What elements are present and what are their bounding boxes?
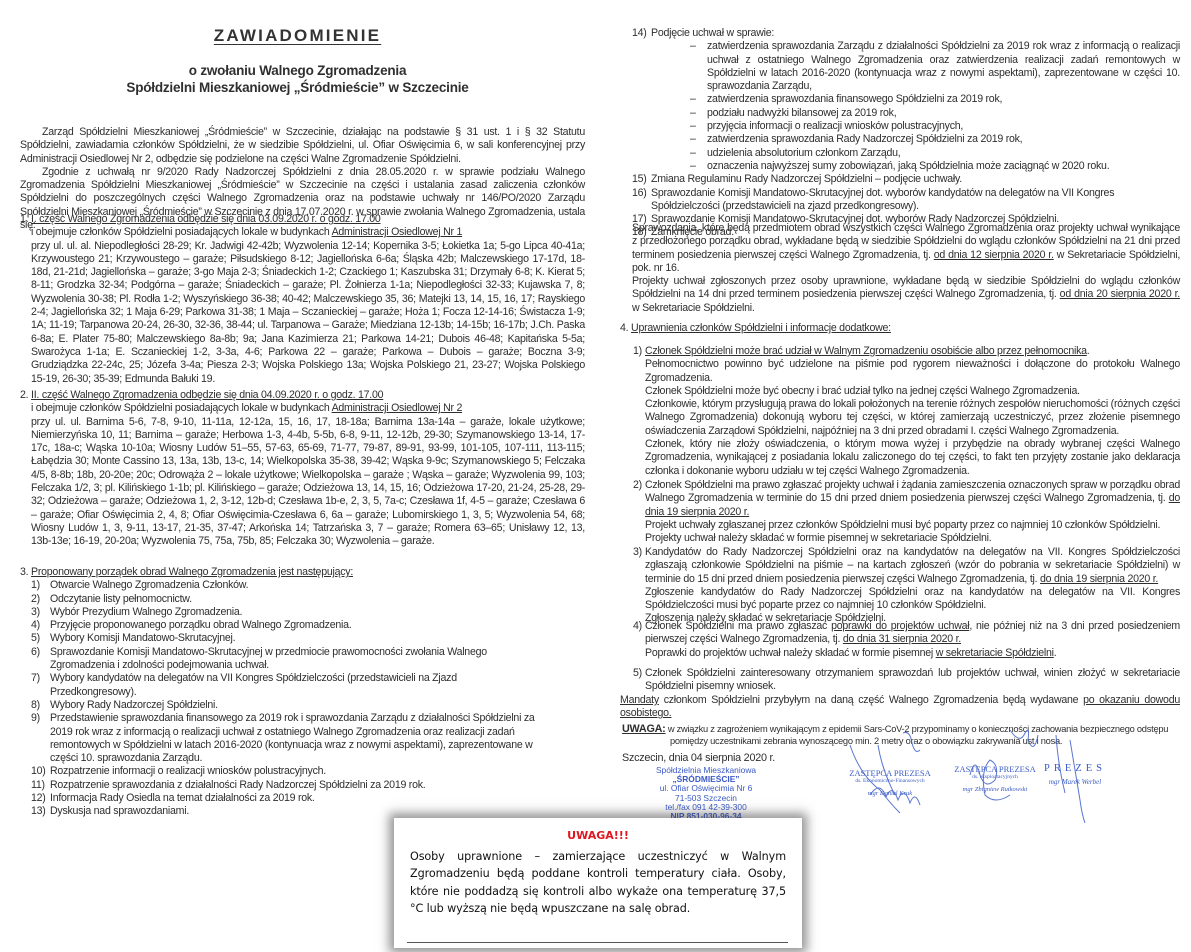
- section-3-number: 3.: [20, 566, 28, 578]
- resolution-item: –oznaczenia najwyższej sumy zobowiązań, …: [690, 160, 1180, 173]
- agenda-item: 1)Otwarcie Walnego Zgromadzenia Członków…: [31, 579, 585, 592]
- agenda-item: 4)Przyjęcie proponowanego porządku obrad…: [31, 619, 585, 632]
- subtitle-line-1: o zwołaniu Walnego Zgromadzenia: [0, 62, 595, 79]
- agenda-item: 16)Sprawozdanie Komisji Mandatowo-Skruta…: [632, 187, 1180, 214]
- dash-bullet-icon: –: [690, 133, 707, 146]
- reports-date-2: od dnia 20 sierpnia 2020 r.: [1060, 288, 1180, 300]
- notice-heading: UWAGA!!!: [394, 829, 802, 842]
- section-4-number: 4.: [620, 322, 628, 334]
- agenda-item: 9)Przedstawienie sprawozdania finansoweg…: [31, 712, 585, 765]
- section-2: 2. II. część Walnego Zgromadzenia odbędz…: [20, 389, 585, 549]
- dash-bullet-icon: –: [690, 160, 707, 173]
- reports-date-1: od dnia 12 sierpnia 2020 r.: [934, 249, 1054, 261]
- signature-vice-president-operations: ZASTĘPCA PREZESA ds. eksploatacyjnych mg…: [945, 764, 1045, 793]
- dash-bullet-icon: –: [690, 40, 707, 93]
- agenda-item: 6)Sprawozdanie Komisji Mandatowo-Skrutac…: [31, 646, 585, 673]
- resolution-item: –zatwierdzenia sprawozdania finansowego …: [690, 93, 1180, 106]
- agenda-item-14: 14) Podjęcie uchwał w sprawie:: [632, 27, 1180, 40]
- resolution-item: –podziału nadwyżki bilansowej za 2019 ro…: [690, 107, 1180, 120]
- agenda-item: 8)Wybory Rady Nadzorczej Spółdzielni.: [31, 699, 585, 712]
- dash-bullet-icon: –: [690, 107, 707, 120]
- notice-divider: [407, 942, 788, 943]
- section-3: 3. Proponowany porządek obrad Walnego Zg…: [20, 566, 585, 819]
- section-1-number: 1.: [20, 213, 28, 225]
- agenda-item: 3)Wybór Prezydium Walnego Zgromadzenia.: [31, 606, 585, 619]
- subtitle-line-2: Spółdzielni Mieszkaniowej „Śródmieście” …: [0, 79, 595, 96]
- resolution-item: –zatwierdzenia sprawozdania Rady Nadzorc…: [690, 133, 1180, 146]
- deadline-date: do dnia 31 sierpnia 2020 r.: [843, 633, 961, 645]
- section-2-admin: Administracji Osiedlowej Nr 2: [332, 402, 463, 414]
- agenda-item: 11)Rozpatrzenie sprawozdania z działalno…: [31, 779, 585, 792]
- section-1-streets: przy ul. ul. al. Niepodległości 28-29; K…: [31, 240, 585, 386]
- covid-notice: UWAGA: w związku z zagrożeniem wynikając…: [622, 723, 1180, 747]
- agenda-item: 5)Wybory Komisji Mandatowo-Skrutacyjnej.: [31, 632, 585, 645]
- rights-item-1: 1)Członek Spółdzielni może brać udział w…: [633, 345, 1180, 478]
- document-subtitle: o zwołaniu Walnego Zgromadzenia Spółdzie…: [0, 62, 595, 96]
- mandates-info: Mandaty członkom Spółdzielni przybyłym n…: [620, 694, 1180, 721]
- agenda-item: 2)Odczytanie listy pełnomocnictw.: [31, 593, 585, 606]
- rights-item-4: 4)Członek Spółdzielni ma prawo zgłaszać …: [633, 620, 1180, 660]
- dash-bullet-icon: –: [690, 93, 707, 106]
- agenda-item: 13)Dyskusja nad sprawozdaniami.: [31, 805, 585, 818]
- section-2-scope: i obejmuje członków Spółdzielni posiadaj…: [31, 402, 585, 415]
- reports-info: Sprawozdania, które będą przedmiotem obr…: [632, 222, 1180, 315]
- section-1: 1. I. część Walnego Zgromadzenia odbędzi…: [20, 213, 585, 386]
- place-date: Szczecin, dnia 04 sierpnia 2020 r.: [622, 752, 775, 765]
- section-1-scope: i obejmuje członków Spółdzielni posiadaj…: [31, 226, 585, 239]
- resolution-list: –zatwierdzenia sprawozdania Zarządu z dz…: [632, 40, 1180, 173]
- reports-paragraph-1: Sprawozdania, które będą przedmiotem obr…: [632, 222, 1180, 275]
- agenda-item: 15)Zmiana Regulaminu Rady Nadzorczej Spó…: [632, 173, 1180, 186]
- deadline-date: do dnia 19 sierpnia 2020 r.: [1040, 573, 1158, 585]
- agenda-continued: 14) Podjęcie uchwał w sprawie: –zatwierd…: [632, 27, 1180, 240]
- temperature-control-notice: UWAGA!!! Osoby uprawnione – zamierzające…: [394, 818, 802, 948]
- cooperative-stamp: Spółdzielnia Mieszkaniowa „ŚRÓDMIEŚCIE” …: [636, 766, 776, 821]
- section-1-admin: Administracji Osiedlowej Nr 1: [332, 226, 463, 238]
- intro-paragraph-1: Zarząd Spółdzielni Mieszkaniowej „Śródmi…: [20, 126, 585, 166]
- rights-item-2: 2)Członek Spółdzielni ma prawo zgłaszać …: [633, 479, 1180, 545]
- section-2-streets: przy ul. ul. Barnima 5-6, 7-8, 9-10, 11-…: [31, 416, 585, 549]
- agenda-list: 1)Otwarcie Walnego Zgromadzenia Członków…: [20, 579, 585, 818]
- dash-bullet-icon: –: [690, 120, 707, 133]
- resolution-item: –przyjęcia informacji o realizacji wnios…: [690, 120, 1180, 133]
- agenda-item: 12)Informacja Rady Osiedla na temat dzia…: [31, 792, 585, 805]
- rights-item-5: 5)Członek Spółdzielni zainteresowany otr…: [633, 667, 1180, 694]
- section-4-heading: Uprawnienia członków Spółdzielni i infor…: [631, 322, 891, 334]
- document-title: ZAWIADOMIENIE: [0, 26, 595, 46]
- section-3-heading: Proponowany porządek obrad Walnego Zgrom…: [31, 566, 353, 578]
- signature-president: PREZES mgr Marek Werbel: [1035, 763, 1115, 786]
- section-2-heading: II. część Walnego Zgromadzenia odbędzie …: [31, 389, 383, 401]
- dash-bullet-icon: –: [690, 147, 707, 160]
- notice-message: Osoby uprawnione – zamierzające uczestni…: [410, 848, 786, 917]
- agenda-item: 7)Wybory kandydatów na delegatów na VII …: [31, 672, 585, 699]
- covid-label: UWAGA:: [622, 723, 665, 735]
- rights-item-3: 3)Kandydatów do Rady Nadzorczej Spółdzie…: [633, 546, 1180, 626]
- reports-paragraph-2: Projekty uchwał zgłoszonych przez osoby …: [632, 275, 1180, 315]
- resolution-item: –zatwierdzenia sprawozdania Zarządu z dz…: [690, 40, 1180, 93]
- signature-vice-president-finance: ZASTĘPCA PREZESA ds. Ekonomiczno-Finanso…: [840, 768, 940, 797]
- section-4: 4. Uprawnienia członków Spółdzielni i in…: [620, 322, 1180, 335]
- section-1-heading: I. część Walnego Zgromadzenia odbędzie s…: [31, 213, 381, 225]
- resolution-item: –udzielenia absolutorium członkom Zarząd…: [690, 147, 1180, 160]
- section-2-number: 2.: [20, 389, 28, 401]
- agenda-item: 10)Rozpatrzenie informacji o realizacji …: [31, 765, 585, 778]
